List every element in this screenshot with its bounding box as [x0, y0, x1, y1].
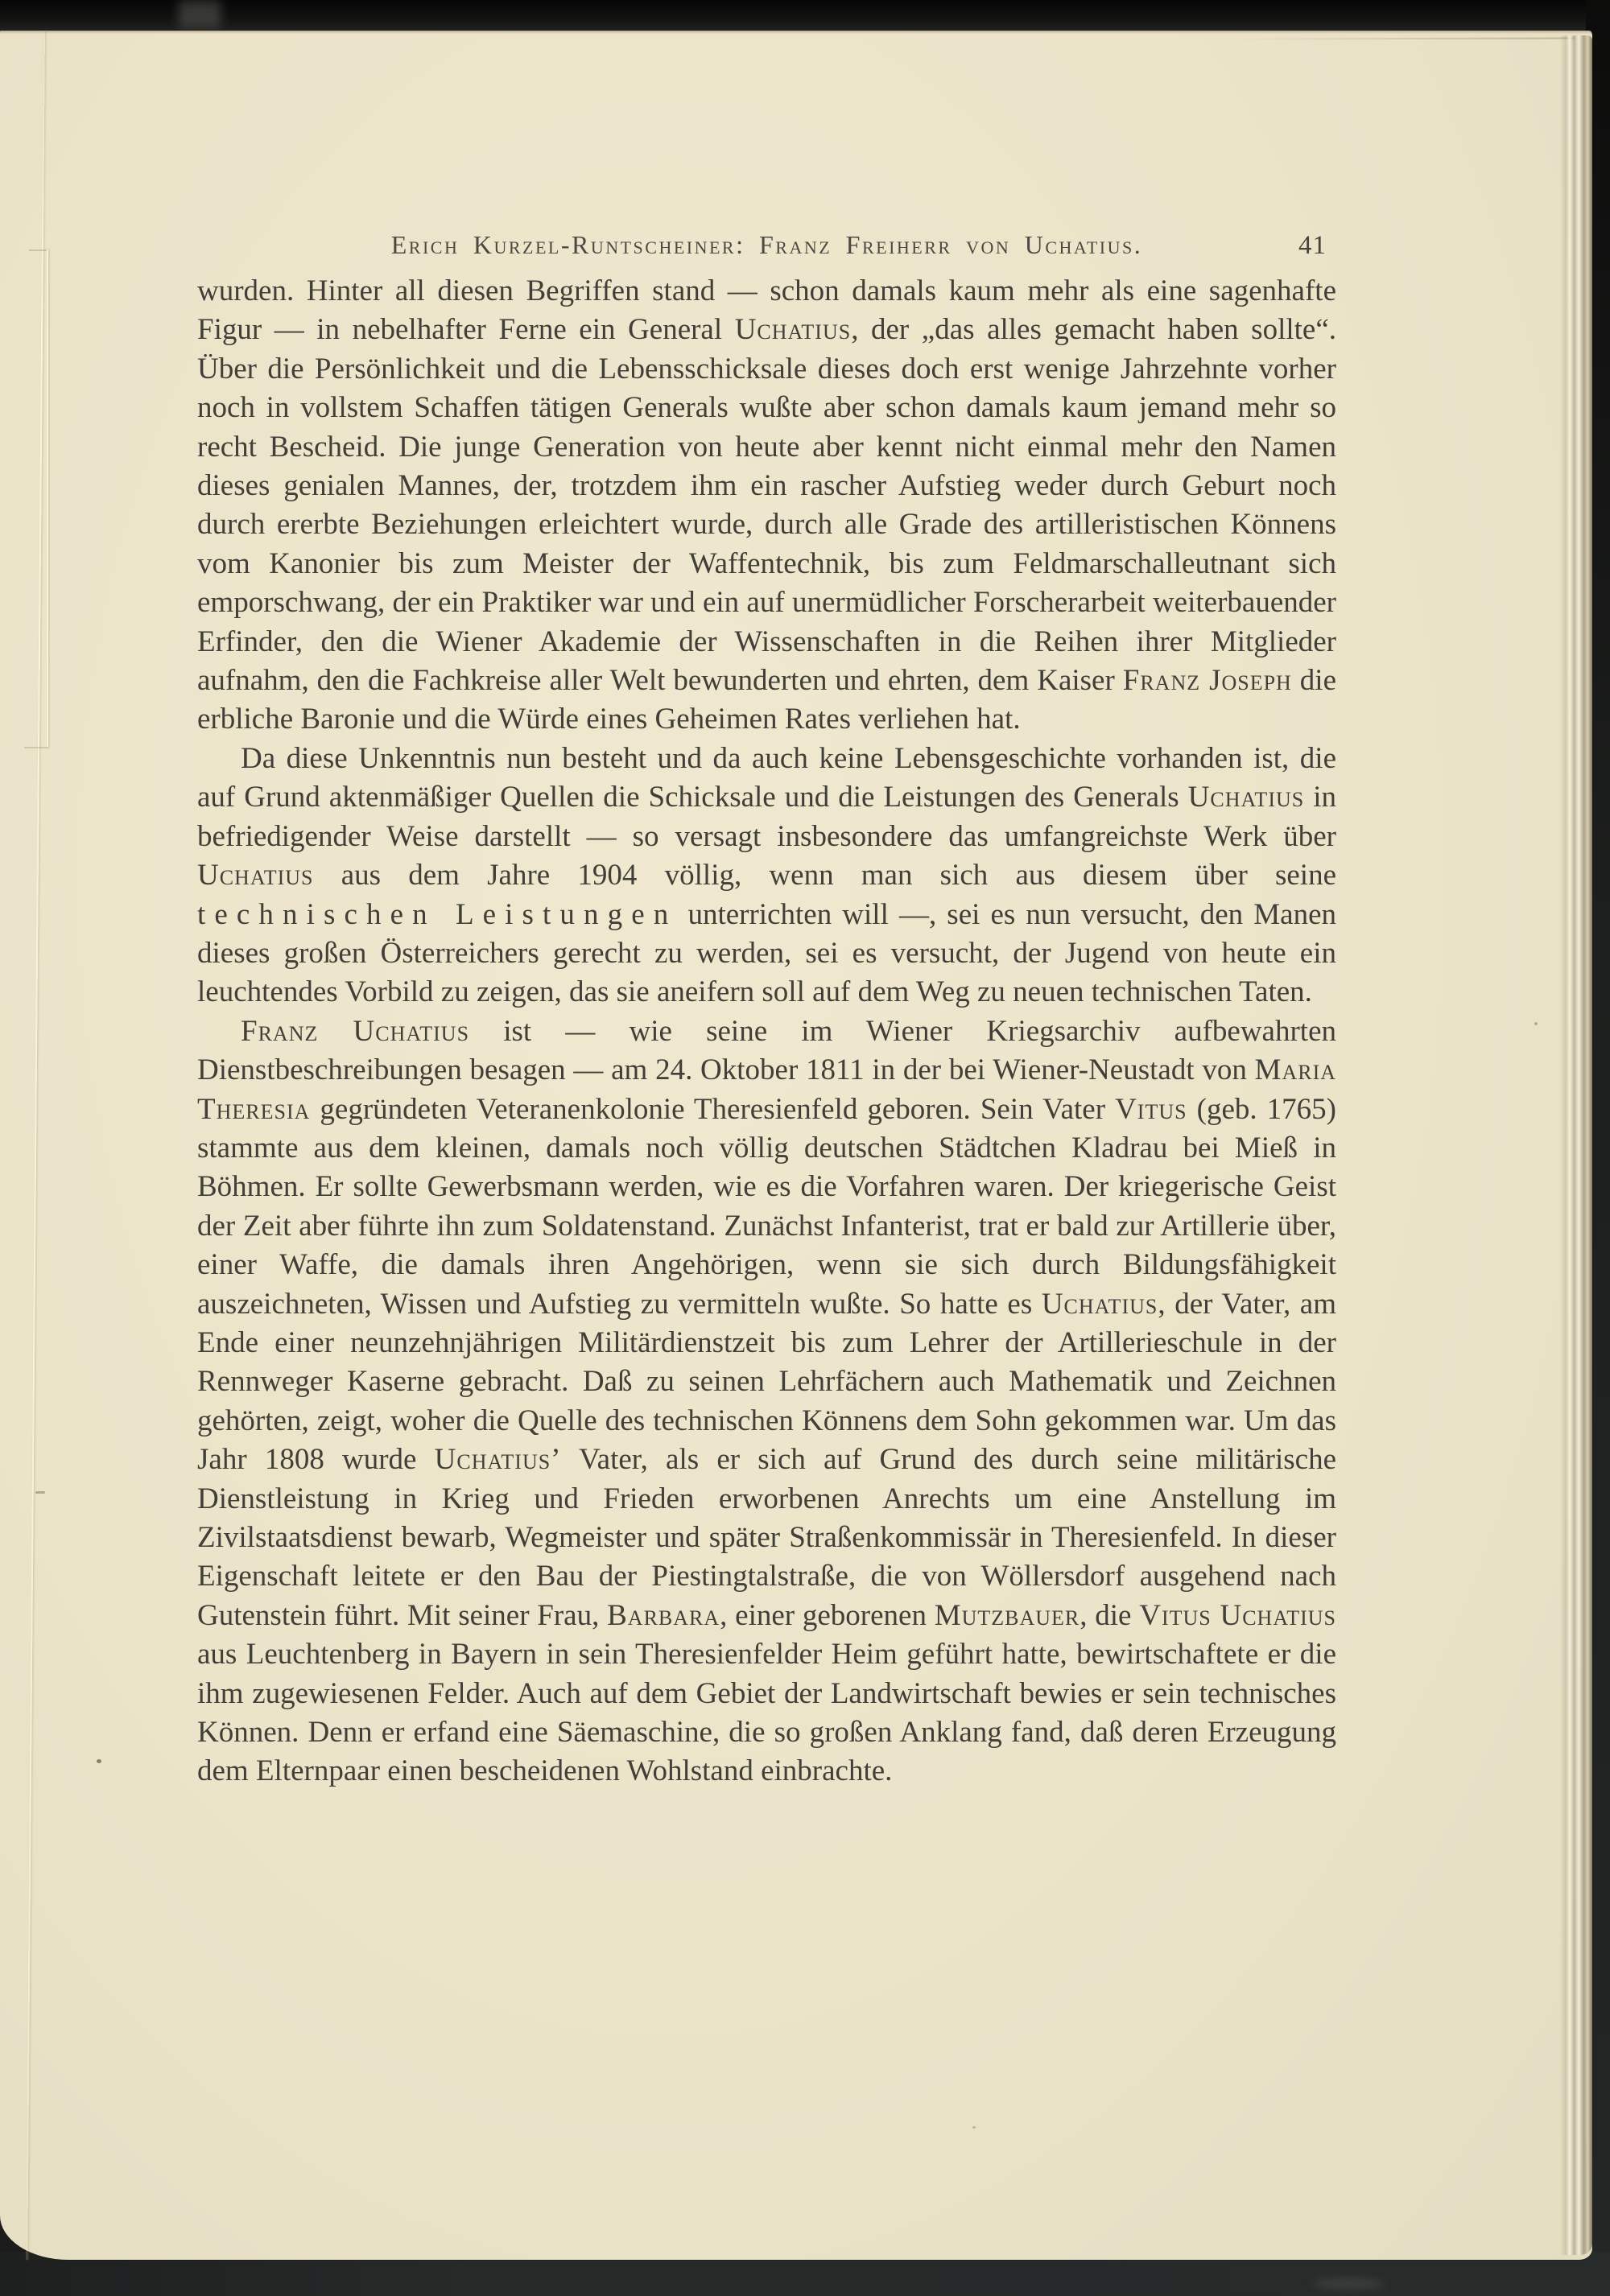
person-name: Mutzbauer — [935, 1599, 1080, 1632]
person-name: Franz Uchatius — [241, 1015, 469, 1048]
scan-background-top — [0, 0, 1610, 32]
running-head: Erich Kurzel-Runtscheiner: Franz Freiher… — [197, 230, 1336, 266]
text-segment: , der „das alles gemacht haben sollte“. … — [197, 313, 1336, 697]
text-segment: , einer geborenen — [720, 1599, 935, 1632]
person-name: Uchatius’ — [435, 1443, 562, 1476]
text-block: wurden. Hinter all diesen Begriffen stan… — [197, 272, 1336, 1791]
person-name: Uchatius — [735, 313, 852, 346]
page-number: 41 — [1298, 231, 1327, 261]
text-segment: gegründeten Veteranenkolonie Theresienfe… — [310, 1093, 1115, 1126]
person-name: Vitus Uchatius — [1139, 1599, 1336, 1632]
book-page: Erich Kurzel-Runtscheiner: Franz Freiher… — [0, 31, 1592, 2260]
running-head-title: Erich Kurzel-Runtscheiner: Franz Freiher… — [197, 230, 1336, 260]
scanned-book-photo: { "page": { "header": { "title": "Erich … — [0, 0, 1610, 2296]
text-segment: , die — [1080, 1599, 1139, 1632]
paper-speck — [35, 1491, 45, 1494]
page-top-edge-highlight — [0, 31, 1592, 34]
person-name: Franz Joseph — [1123, 664, 1292, 697]
text-segment: aus dem Jahre 1904 völlig, wenn man sich… — [314, 859, 1336, 892]
fold-mark-vertical — [47, 249, 48, 748]
text-segment: Da diese Unkenntnis nun besteht und da a… — [197, 742, 1336, 814]
paragraph: Da diese Unkenntnis nun besteht und da a… — [197, 740, 1336, 1012]
text-segment: (geb. 1765) stammte aus dem kleinen, dam… — [197, 1093, 1336, 1321]
scan-smudge — [1312, 2278, 1385, 2290]
person-name: Uchatius — [1042, 1288, 1158, 1321]
paragraph: Franz Uchatius ist — wie seine im Wiener… — [197, 1012, 1336, 1791]
paper-speck — [97, 1759, 101, 1763]
fold-mark-top — [29, 249, 48, 251]
person-name: Uchatius — [1188, 781, 1305, 814]
fold-mark-bottom — [24, 747, 48, 748]
paper-speck — [972, 2126, 976, 2129]
page-edge-stack-right — [1560, 35, 1592, 2255]
page-edge-line-top-right — [1228, 37, 1575, 39]
text-segment: technischen Leistungen — [197, 898, 677, 931]
text-segment: aus Leuchtenberg in Bayern in sein There… — [197, 1638, 1336, 1787]
paragraph: wurden. Hinter all diesen Begriffen stan… — [197, 272, 1336, 740]
person-name: Vitus — [1115, 1093, 1187, 1126]
person-name: Uchatius — [197, 859, 314, 892]
person-name: Barbara — [607, 1599, 720, 1632]
paper-speck — [1534, 1022, 1538, 1025]
scan-light-streak — [179, 0, 221, 27]
page-crease-line — [26, 31, 45, 2260]
